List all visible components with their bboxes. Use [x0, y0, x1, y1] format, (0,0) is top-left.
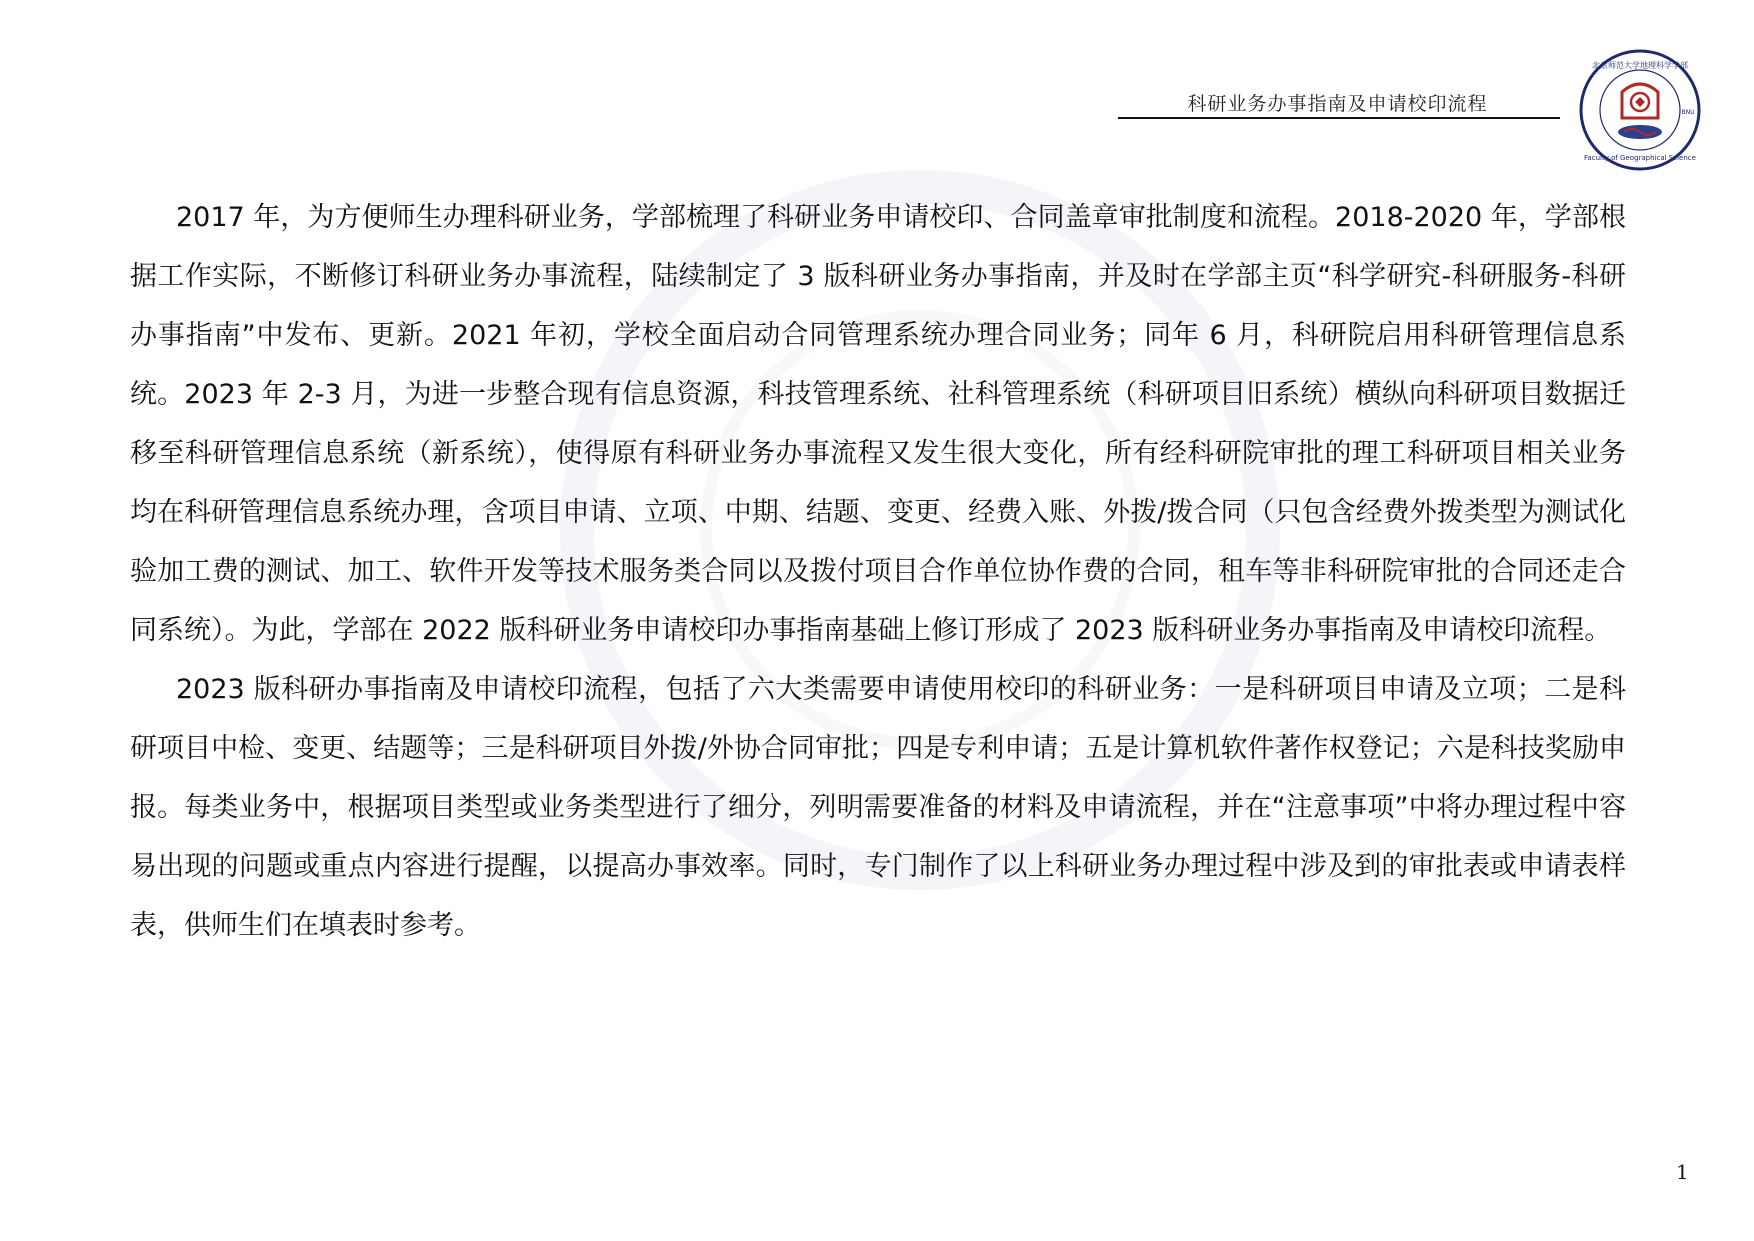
- seal-english-text: Faculty of Geographical Science: [1584, 154, 1696, 162]
- seal-abbr-text: BNU: [1682, 109, 1695, 116]
- faculty-seal-logo: 北京师范大学地理科学学部 Faculty of Geographical Sci…: [1578, 48, 1702, 172]
- running-header-title: 科研业务办事指南及申请校印流程: [1115, 89, 1560, 116]
- seal-chinese-text: 北京师范大学地理科学学部: [1592, 60, 1688, 70]
- page-number: 1: [1676, 1160, 1689, 1184]
- paragraph-scope: 2023 版科研办事指南及申请校印流程，包括了六大类需要申请使用校印的科研业务：…: [130, 660, 1626, 955]
- document-body: 2017 年，为方便师生办理科研业务，学部梳理了科研业务申请校印、合同盖章审批制…: [130, 188, 1626, 955]
- header-divider: [1118, 117, 1560, 119]
- paragraph-intro: 2017 年，为方便师生办理科研业务，学部梳理了科研业务申请校印、合同盖章审批制…: [130, 188, 1626, 660]
